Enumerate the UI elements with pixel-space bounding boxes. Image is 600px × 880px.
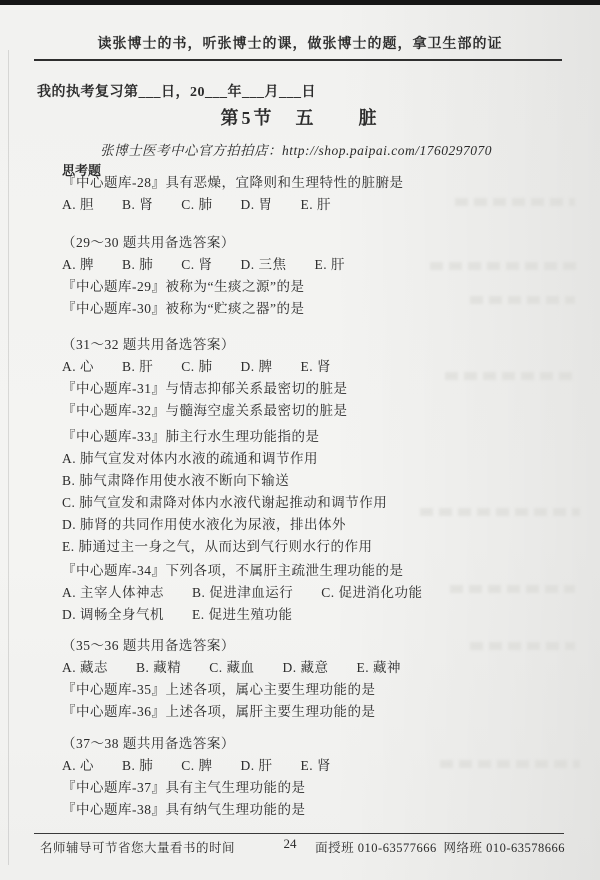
bleedthrough-mark [420,508,580,516]
shop-url-line: 张博士医考中心官方拍拍店：http://shop.paipai.com/1760… [100,139,492,159]
scan-fold-line [8,50,9,865]
bleedthrough-mark [430,262,580,270]
footer-contact-phones: 面授班 010-63577666 网络班 010-63578666 [315,838,565,856]
options-line: D. 调畅全身气机 E. 促进生殖功能 [62,604,542,626]
question-line: 『中心题库-28』具有恶燥，宜降则和生理特性的脏腑是 [62,172,542,194]
question-line: 『中心题库-29』被称为“生痰之源”的是 [62,276,542,298]
bleedthrough-mark [455,198,575,206]
bleedthrough-mark [470,642,575,650]
option-line: A. 肺气宣发对体内水液的疏通和调节作用 [62,448,542,470]
header-divider [34,59,562,61]
header-slogan: 读张博士的书，听张博士的课，做张博士的题，拿卫生部的证 [0,33,600,53]
bleedthrough-mark [470,296,575,304]
question-line: 『中心题库-35』上述各项，属心主要生理功能的是 [62,679,542,701]
shared-answers-header: （29～30 题共用备选答案） [62,232,542,254]
question-line: 『中心题库-38』具有纳气生理功能的是 [62,799,542,821]
question-line: 『中心题库-34』下列各项，不属肝主疏泄生理功能的是 [62,560,542,582]
scanned-exam-page: { "header": { "slogan": "读张博士的书，听张博士的课，做… [0,0,600,880]
question-line: 『中心题库-32』与髓海空虚关系最密切的脏是 [62,400,542,422]
question-line: 『中心题库-31』与情志抑郁关系最密切的脏是 [62,378,542,400]
question-block-37-38: （37～38 题共用备选答案） A. 心 B. 肺 C. 脾 D. 肝 E. 肾… [62,733,542,821]
bleedthrough-mark [445,372,575,380]
question-line: 『中心题库-36』上述各项，属肝主要生理功能的是 [62,701,542,723]
bleedthrough-mark [440,760,580,768]
question-block-33: 『中心题库-33』肺主行水生理功能指的是 A. 肺气宣发对体内水液的疏通和调节作… [62,426,542,558]
question-block-34: 『中心题库-34』下列各项，不属肝主疏泄生理功能的是 A. 主宰人体神志 B. … [62,560,542,626]
section-title: 第5节 五 脏 [0,104,600,130]
scan-edge-bar [0,0,600,5]
shared-answers-header: （31～32 题共用备选答案） [62,334,542,356]
option-line: D. 肺肾的共同作用使水液化为尿液，排出体外 [62,514,542,536]
question-line: 『中心题库-33』肺主行水生理功能指的是 [62,426,542,448]
footer-divider [34,833,564,834]
bleedthrough-mark [450,585,575,593]
option-line: E. 肺通过主一身之气，从而达到气行则水行的作用 [62,536,542,558]
option-line: B. 肺气肃降作用使水液不断向下输送 [62,470,542,492]
shared-answers-header: （37～38 题共用备选答案） [62,733,542,755]
review-date-line: 我的执考复习第___日，20___年___月___日 [37,81,316,101]
question-line: 『中心题库-37』具有主气生理功能的是 [62,777,542,799]
question-block-29-30: （29～30 题共用备选答案） A. 脾 B. 肺 C. 肾 D. 三焦 E. … [62,232,542,320]
options-line: A. 藏志 B. 藏精 C. 藏血 D. 藏意 E. 藏神 [62,657,542,679]
question-block-28: 『中心题库-28』具有恶燥，宜降则和生理特性的脏腑是 A. 胆 B. 肾 C. … [62,172,542,216]
